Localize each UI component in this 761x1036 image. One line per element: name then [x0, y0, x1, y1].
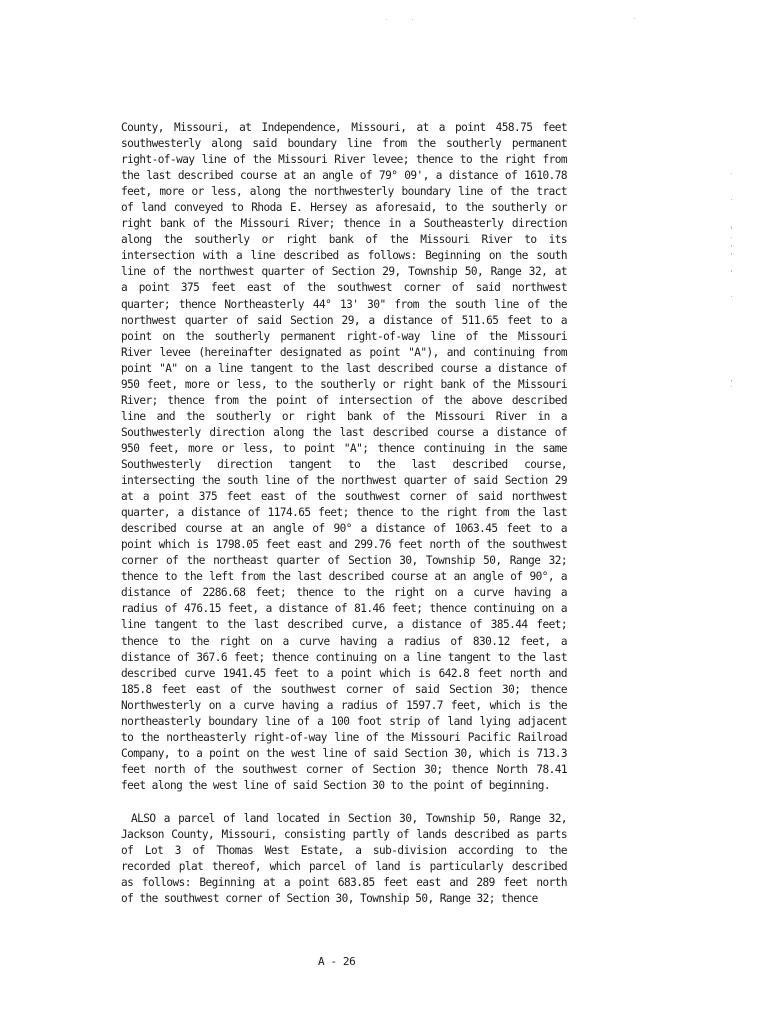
scan-speck — [731, 173, 732, 174]
text-line: quarter; thence Northeasterly 44° 13' 30… — [121, 297, 567, 313]
text-line: quarter, a distance of 1174.65 feet; the… — [121, 505, 567, 521]
text-line: River; thence from the point of intersec… — [121, 393, 567, 409]
page-number: A - 26 — [318, 955, 378, 968]
text-line: point on the southerly permanent right-o… — [121, 329, 567, 345]
scan-speck — [731, 226, 732, 229]
text-line: Jackson County, Missouri, consisting par… — [121, 827, 567, 843]
text-line: River levee (hereinafter designated as p… — [121, 345, 567, 361]
text-line: line and the southerly or right bank of … — [121, 409, 567, 425]
text-line: 185.8 feet east of the southwest corner … — [121, 682, 567, 698]
scan-speck — [731, 237, 732, 238]
text-line: the last described course at an angle of… — [121, 168, 567, 184]
text-line: line of the northwest quarter of Section… — [121, 264, 567, 280]
text-line: described course at an angle of 90° a di… — [121, 521, 567, 537]
text-line: Southwesterly direction along the last d… — [121, 425, 567, 441]
text-line: feet, more or less, along the northweste… — [121, 184, 567, 200]
paragraph: County, Missouri, at Independence, Misso… — [121, 120, 567, 794]
text-line: feet along the west line of said Section… — [121, 778, 567, 794]
text-line: Company, to a point on the west line of … — [121, 746, 567, 762]
text-line: thence to the left from the last describ… — [121, 569, 567, 585]
document-page: County, Missouri, at Independence, Misso… — [0, 0, 761, 1036]
scan-speck — [412, 19, 413, 20]
scan-speck — [731, 253, 732, 255]
text-line: 950 feet, more or less, to the southerly… — [121, 377, 567, 393]
text-line: recorded plat thereof, which parcel of l… — [121, 859, 567, 875]
text-line: intersection with a line described as fo… — [121, 248, 567, 264]
text-line: along the southerly or right bank of the… — [121, 232, 567, 248]
text-line: distance of 367.6 feet; thence continuin… — [121, 650, 567, 666]
scan-speck — [731, 245, 732, 247]
text-line: described curve 1941.45 feet to a point … — [121, 666, 567, 682]
text-line: distance of 2286.68 feet; thence to the … — [121, 585, 567, 601]
text-line: intersecting the south line of the north… — [121, 473, 567, 489]
scan-speck — [731, 270, 732, 272]
text-line: at a point 375 feet east of the southwes… — [121, 489, 567, 505]
scan-speck — [731, 380, 732, 382]
text-line: right-of-way line of the Missouri River … — [121, 152, 567, 168]
scan-speck — [731, 199, 732, 200]
text-line: northwest quarter of said Section 29, a … — [121, 313, 567, 329]
text-line: corner of the northeast quarter of Secti… — [121, 553, 567, 569]
text-line: 950 feet, more or less, to point "A"; th… — [121, 441, 567, 457]
text-line: Southwesterly direction tangent to the l… — [121, 457, 567, 473]
text-line: of Lot 3 of Thomas West Estate, a sub-di… — [121, 843, 567, 859]
text-line: ALSO a parcel of land located in Section… — [121, 811, 567, 827]
text-line: of land conveyed to Rhoda E. Hersey as a… — [121, 200, 567, 216]
paragraph: ALSO a parcel of land located in Section… — [121, 811, 567, 907]
text-line: a point 375 feet east of the southwest c… — [121, 280, 567, 296]
text-line: southwesterly along said boundary line f… — [121, 136, 567, 152]
text-line: to the northeasterly right-of-way line o… — [121, 730, 567, 746]
text-line: Northwesterly on a curve having a radius… — [121, 698, 567, 714]
text-line: northeasterly boundary line of a 100 foo… — [121, 714, 567, 730]
scan-speck — [731, 386, 732, 387]
text-line: point which is 1798.05 feet east and 299… — [121, 537, 567, 553]
scan-speck — [731, 296, 732, 297]
text-line: radius of 476.15 feet, a distance of 81.… — [121, 601, 567, 617]
text-line: County, Missouri, at Independence, Misso… — [121, 120, 567, 136]
text-line: point "A" on a line tangent to the last … — [121, 361, 567, 377]
text-line: line tangent to the last described curve… — [121, 617, 567, 633]
text-line: right bank of the Missouri River; thence… — [121, 216, 567, 232]
text-line: as follows: Beginning at a point 683.85 … — [121, 875, 567, 891]
text-line: feet north of the southwest corner of Se… — [121, 762, 567, 778]
scan-speck — [634, 18, 635, 19]
document-body: County, Missouri, at Independence, Misso… — [121, 120, 567, 907]
scan-speck — [386, 19, 387, 20]
text-line: of the southwest corner of Section 30, T… — [121, 891, 567, 907]
text-line: thence to the right on a curve having a … — [121, 634, 567, 650]
